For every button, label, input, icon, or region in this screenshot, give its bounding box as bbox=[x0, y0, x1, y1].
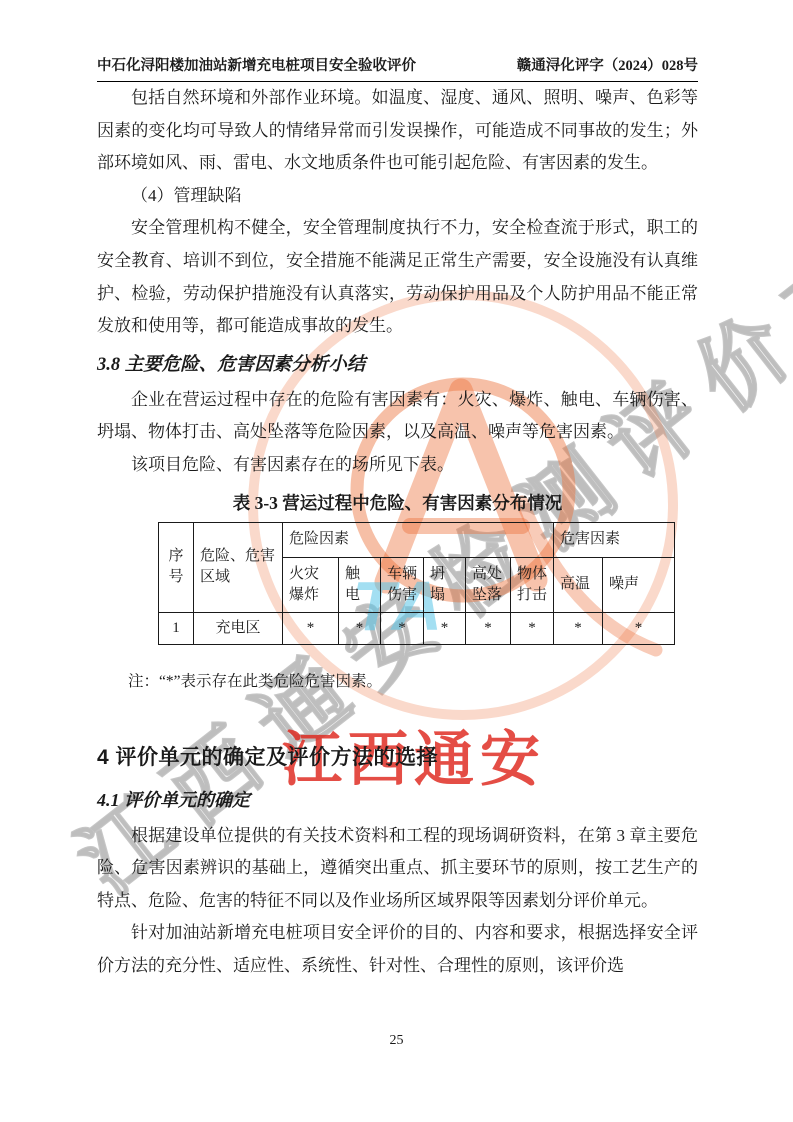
col-header-vehicle-injury: 车辆伤害 bbox=[381, 557, 424, 612]
col-header-high-temp: 高温 bbox=[554, 557, 603, 612]
document-page: 江西通安检测评价有限公司 TA 江西通安 中石化浔阳楼加油站新增充电桩项目安全验… bbox=[0, 0, 793, 1122]
cell-hightemp: * bbox=[554, 612, 603, 644]
paragraph-unit-determination: 根据建设单位提供的有关技术资料和工程的现场调研资料，在第 3 章主要危险、危害因… bbox=[97, 820, 698, 918]
col-header-seq: 序号 bbox=[159, 522, 194, 612]
cell-collapse: * bbox=[424, 612, 466, 644]
group-header-harm: 危害因素 bbox=[554, 522, 675, 557]
cell-noise: * bbox=[603, 612, 675, 644]
col-header-collapse: 坍塌 bbox=[424, 557, 466, 612]
table-footnote: 注：“*”表示存在此类危险危害因素。 bbox=[97, 670, 698, 694]
paragraph-management: 安全管理机构不健全，安全管理制度执行不力，安全检查流于形式，职工的安全教育、培训… bbox=[97, 212, 698, 342]
paragraph-environment: 包括自然环境和外部作业环境。如温度、湿度、通风、照明、噪声、色彩等因素的变化均可… bbox=[97, 82, 698, 180]
section-heading-3-8: 3.8 主要危险、危害因素分析小结 bbox=[97, 350, 698, 380]
hazard-distribution-table: 序号 危险、危害区域 危险因素 危害因素 火灾爆炸 触电 车辆伤害 坍塌 高处坠… bbox=[158, 522, 675, 645]
section-heading-4: 4 评价单元的确定及评价方法的选择 bbox=[97, 743, 698, 773]
cell-fall: * bbox=[466, 612, 511, 644]
paragraph-summary: 企业在营运过程中存在的危险有害因素有：火灾、爆炸、触电、车辆伤害、坍塌、物体打击… bbox=[97, 384, 698, 449]
table-caption: 表 3-3 营运过程中危险、有害因素分布情况 bbox=[97, 491, 698, 515]
col-header-fire-explosion: 火灾爆炸 bbox=[283, 557, 339, 612]
cell-vehicle: * bbox=[381, 612, 424, 644]
page-content: 中石化浔阳楼加油站新增充电桩项目安全验收评价 赣通浔化评字（2024）028号 … bbox=[97, 56, 698, 983]
col-header-electric-shock: 触电 bbox=[339, 557, 381, 612]
cell-fire: * bbox=[283, 612, 339, 644]
col-header-fall-from-height: 高处坠落 bbox=[466, 557, 511, 612]
col-header-area: 危险、危害区域 bbox=[194, 522, 283, 612]
cell-object: * bbox=[511, 612, 554, 644]
cell-shock: * bbox=[339, 612, 381, 644]
header-title-left: 中石化浔阳楼加油站新增充电桩项目安全验收评价 bbox=[97, 56, 416, 76]
paragraph-method-selection: 针对加油站新增充电桩项目安全评价的目的、内容和要求，根据选择安全评价方法的充分性… bbox=[97, 917, 698, 982]
subpoint-management-defect: （4）管理缺陷 bbox=[97, 180, 698, 213]
cell-area: 充电区 bbox=[194, 612, 283, 644]
col-header-noise: 噪声 bbox=[603, 557, 675, 612]
table-header-group-row: 序号 危险、危害区域 危险因素 危害因素 bbox=[159, 522, 675, 557]
group-header-danger: 危险因素 bbox=[283, 522, 554, 557]
section-heading-4-1: 4.1 评价单元的确定 bbox=[97, 786, 698, 814]
paragraph-table-intro: 该项目危险、有害因素存在的场所见下表。 bbox=[97, 449, 698, 482]
header-doc-number: 赣通浔化评字（2024）028号 bbox=[517, 56, 698, 76]
table-row: 1 充电区 * * * * * * * * bbox=[159, 612, 675, 644]
col-header-object-strike: 物体打击 bbox=[511, 557, 554, 612]
page-number: 25 bbox=[0, 1033, 793, 1049]
page-header: 中石化浔阳楼加油站新增充电桩项目安全验收评价 赣通浔化评字（2024）028号 bbox=[97, 56, 698, 82]
cell-seq: 1 bbox=[159, 612, 194, 644]
